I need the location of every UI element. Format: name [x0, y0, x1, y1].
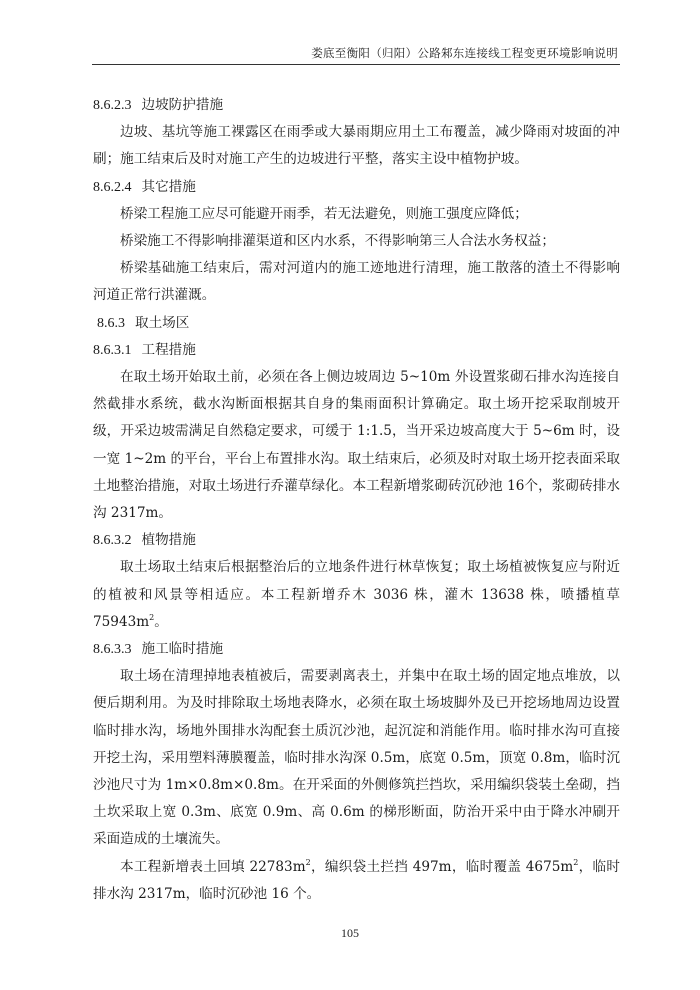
section-number: 8.6.3.1	[93, 343, 132, 358]
paragraph: 桥梁施工不得影响排灌渠道和区内水系，不得影响第三人合法水务权益；	[93, 228, 620, 255]
section-heading-8-6-3-1: 8.6.3.1工程措施	[93, 337, 620, 364]
page-header: 娄底至衡阳（归阳）公路邾东连接线工程变更环境影响说明	[92, 40, 620, 65]
paragraph-text: 取土场取土结束后根据整治后的立地条件进行林草恢复；取土场植被恢复应与附近的植被和…	[93, 559, 620, 629]
paragraph-text: 本工程新增表土回填 22783m	[120, 859, 306, 875]
paragraph: 桥梁工程施工应尽可能避开雨季，若无法避免，则施工强度应降低；	[93, 201, 620, 228]
section-heading-8-6-3-2: 8.6.3.2植物措施	[93, 527, 620, 554]
summary-paragraph: 本工程新增表土回填 22783m2，编织袋土拦挡 497m，临时覆盖 4675m…	[93, 854, 620, 908]
paragraph: 边坡、基坑等施工裸露区在雨季或大暴雨期应用土工布覆盖，减少降雨对坡面的冲刷；施工…	[93, 119, 620, 173]
section-heading-8-6-3-3: 8.6.3.3施工临时措施	[93, 636, 620, 663]
section-number: 8.6.3.3	[93, 642, 132, 657]
section-heading-8-6-2-3: 8.6.2.3边坡防护措施	[93, 92, 620, 119]
paragraph-text: ，编织袋土拦挡 497m，临时覆盖 4675m	[311, 859, 574, 875]
paragraph: 桥梁基础施工结束后，需对河道内的施工迹地进行清理，施工散落的渣土不得影响河道正常…	[93, 255, 620, 309]
section-title: 植物措施	[142, 532, 196, 548]
section-number: 8.6.2.4	[93, 180, 132, 195]
section-number: 8.6.3	[97, 316, 125, 331]
section-number: 8.6.3.2	[93, 533, 132, 548]
section-title: 取土场区	[135, 315, 189, 331]
section-heading-8-6-2-4: 8.6.2.4其它措施	[93, 174, 620, 201]
section-number: 8.6.2.3	[93, 98, 132, 113]
document-title: 娄底至衡阳（归阳）公路邾东连接线工程变更环境影响说明	[311, 45, 618, 61]
section-title: 施工临时措施	[142, 641, 224, 657]
paragraph: 取土场在清理掉地表植被后，需要剥离表土，并集中在取土场的固定地点堆放，以便后期利…	[93, 663, 620, 853]
section-heading-8-6-3: 8.6.3取土场区	[93, 310, 620, 337]
section-title: 其它措施	[142, 179, 196, 195]
page-number: 105	[0, 926, 700, 941]
section-title: 边坡防护措施	[142, 97, 224, 113]
paragraph: 取土场取土结束后根据整治后的立地条件进行林草恢复；取土场植被恢复应与附近的植被和…	[93, 554, 620, 636]
paragraph-text: 。	[154, 614, 168, 630]
page-content: 8.6.2.3边坡防护措施 边坡、基坑等施工裸露区在雨季或大暴雨期应用土工布覆盖…	[93, 92, 620, 908]
section-title: 工程措施	[142, 342, 196, 358]
paragraph: 在取土场开始取土前，必须在各上侧边坡周边 5~10m 外设置浆砌石排水沟连接自然…	[93, 364, 620, 527]
